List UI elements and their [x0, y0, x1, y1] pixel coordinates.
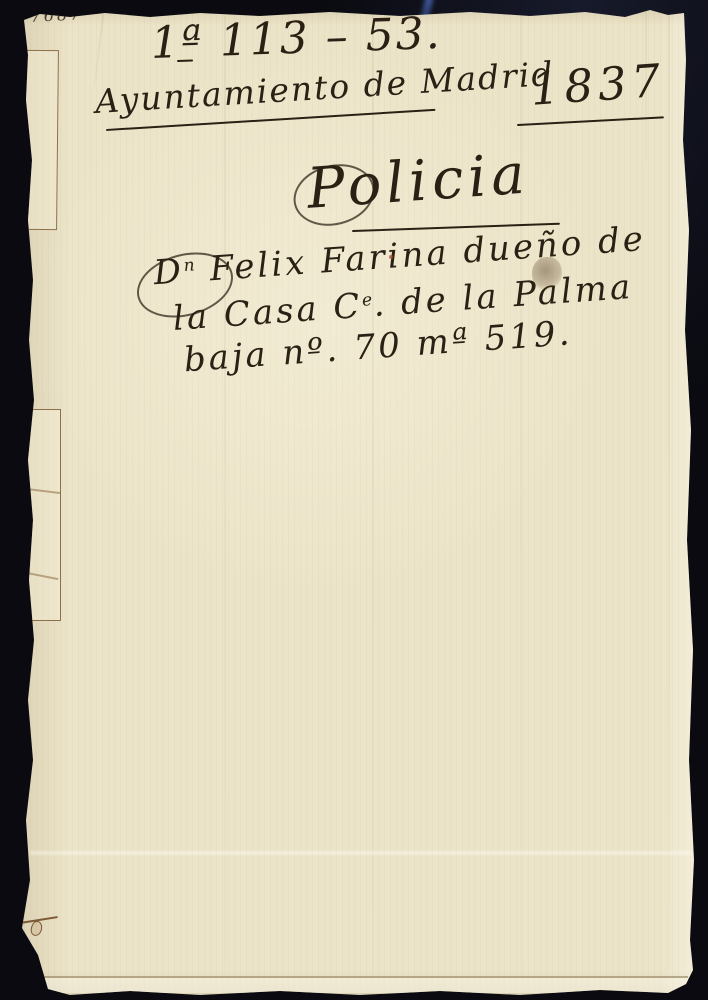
- crease-line: [668, 14, 670, 970]
- binding-stitch-middle: [25, 409, 61, 621]
- body-line-text: D: [152, 251, 185, 293]
- year-label: 1837: [529, 54, 667, 116]
- archive-scan-background: 7687 1ª 113 – 53. Ayuntamiento de Madrid…: [0, 0, 708, 1000]
- manuscript-page: 7687 1ª 113 – 53. Ayuntamiento de Madrid…: [0, 0, 708, 1000]
- archive-number: 7687: [30, 4, 84, 26]
- binding-stitch-top: [23, 50, 59, 230]
- section-title: Policia: [305, 141, 532, 221]
- crease-line: [94, 14, 105, 86]
- reference-number: 1ª 113 – 53.: [150, 8, 442, 69]
- binding-thread-knot: [29, 920, 44, 938]
- year-underline: [517, 116, 664, 126]
- body-text: Dn Felix Farina dueño de la Casa Ce. de …: [142, 213, 653, 384]
- crease-line: [224, 16, 226, 976]
- ink-speck: [389, 255, 393, 259]
- paper-tone-band: [30, 851, 692, 855]
- bottom-fold-strip: [38, 978, 688, 993]
